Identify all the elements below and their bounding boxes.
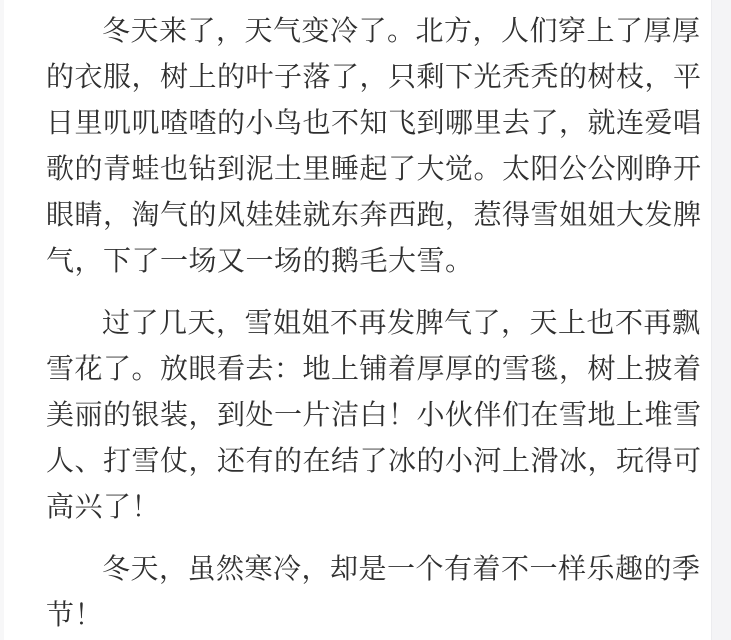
text-line: 眼睛，淘气的风娃娃就东奔西跑，惹得雪姐姐大发脾 bbox=[46, 192, 691, 238]
paragraph: 过了几天，雪姐姐不再发脾气了，天上也不再飘雪花了。放眼看去：地上铺着厚厚的雪毯，… bbox=[46, 300, 691, 530]
text-line: 冬天来了，天气变冷了。北方，人们穿上了厚厚 bbox=[46, 8, 691, 54]
text-line: 过了几天，雪姐姐不再发脾气了，天上也不再飘 bbox=[46, 300, 691, 346]
text-line: 的衣服，树上的叶子落了，只剩下光秃秃的树枝，平 bbox=[46, 54, 691, 100]
text-line: 气，下了一场又一场的鹅毛大雪。 bbox=[46, 238, 691, 284]
text-line: 歌的青蛙也钻到泥土里睡起了大觉。太阳公公刚睁开 bbox=[46, 146, 691, 192]
right-gutter bbox=[711, 0, 731, 640]
text-line: 人、打雪仗，还有的在结了冰的小河上滑冰，玩得可 bbox=[46, 438, 691, 484]
page: { "document": { "language": "zh-CN", "te… bbox=[0, 0, 731, 640]
text-line: 日里叽叽喳喳的小鸟也不知飞到哪里去了，就连爱唱 bbox=[46, 100, 691, 146]
text-line: 美丽的银装，到处一片洁白！小伙伴们在雪地上堆雪 bbox=[46, 392, 691, 438]
paragraph: 冬天，虽然寒冷，却是一个有着不一样乐趣的季节！ bbox=[46, 546, 691, 638]
paragraph: 冬天来了，天气变冷了。北方，人们穿上了厚厚的衣服，树上的叶子落了，只剩下光秃秃的… bbox=[46, 8, 691, 284]
text-line: 冬天，虽然寒冷，却是一个有着不一样乐趣的季 bbox=[46, 546, 691, 592]
text-line: 节！ bbox=[46, 592, 691, 638]
text-line: 雪花了。放眼看去：地上铺着厚厚的雪毯，树上披着 bbox=[46, 346, 691, 392]
document-content: 冬天来了，天气变冷了。北方，人们穿上了厚厚的衣服，树上的叶子落了，只剩下光秃秃的… bbox=[0, 0, 731, 640]
text-line: 高兴了！ bbox=[46, 484, 691, 530]
